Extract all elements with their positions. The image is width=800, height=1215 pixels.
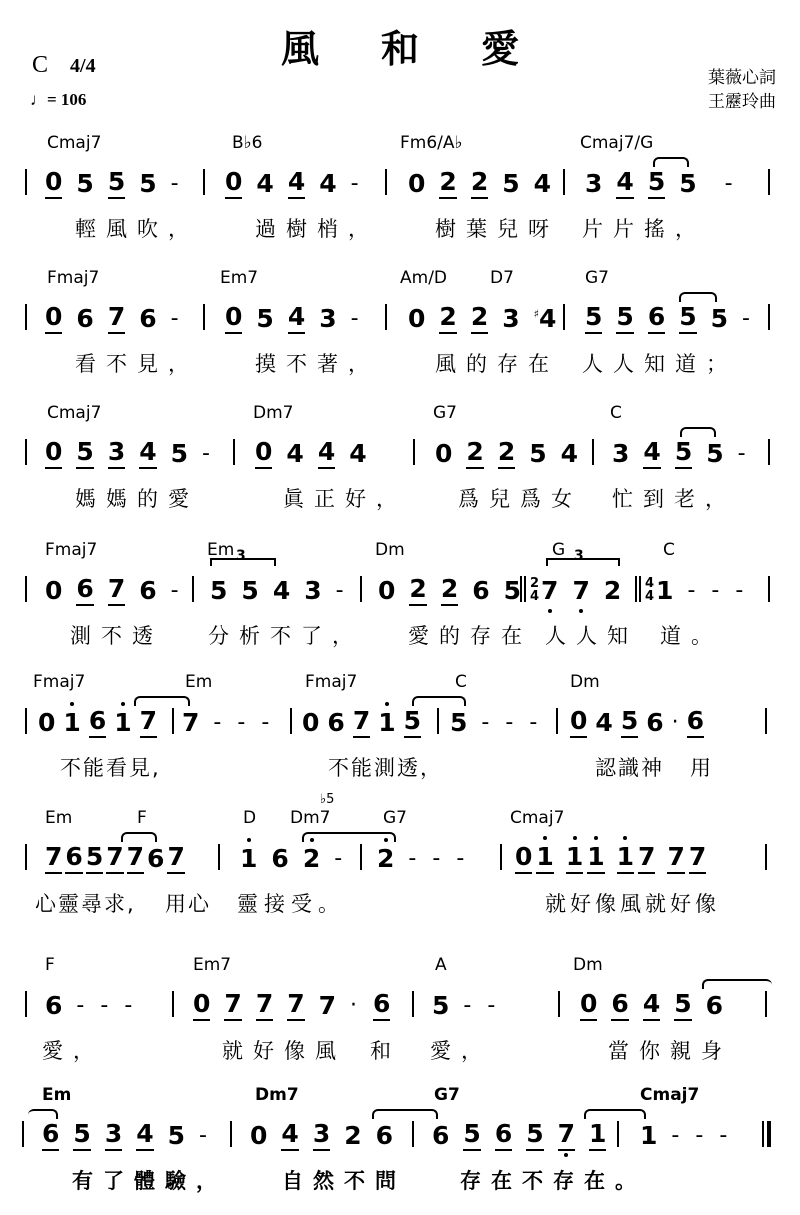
measure: 5---: [450, 700, 553, 744]
note: 2: [303, 844, 320, 873]
note: 2: [604, 576, 621, 605]
double-barline: [635, 576, 637, 602]
barline: [25, 304, 27, 330]
lyric-phrase: 忙到老，: [612, 483, 736, 513]
barline: [25, 439, 27, 465]
barline: [563, 304, 565, 330]
note: 0: [193, 989, 210, 1021]
hold-dash: -: [261, 710, 269, 735]
note: 7: [224, 989, 241, 1021]
lyric-phrase: 認識神: [595, 752, 664, 782]
measure: 0555-: [45, 161, 195, 205]
note: 5: [86, 842, 103, 874]
note: 1: [640, 1121, 657, 1150]
note: 4: [534, 169, 551, 198]
chord-symbol: G7: [383, 808, 407, 828]
notation-row: 05345- 0444 02254 3455-: [0, 431, 800, 475]
measure: 0543-: [225, 296, 375, 340]
hold-dash: -: [463, 993, 471, 1018]
note: 5: [504, 576, 521, 605]
note: 5: [171, 439, 188, 468]
note: 5: [585, 302, 602, 334]
note: 6: [472, 576, 489, 605]
time-change-2-4: 24: [530, 577, 539, 603]
chord-symbol: Cmaj7: [47, 133, 101, 153]
notation-row: 0676- 0543- 0223♯4 55655-: [0, 296, 800, 340]
note: 5: [463, 1119, 480, 1151]
barline: [25, 708, 27, 734]
barline: [768, 576, 770, 602]
note: 4: [643, 437, 660, 469]
chord-symbol: Cmaj7: [510, 808, 564, 828]
note: 1: [656, 576, 673, 605]
staff-system-3: Cmaj7 Dm7 G7 C 05345- 0444 02254 3455- 媽…: [0, 403, 800, 533]
barline: [172, 708, 174, 734]
note: 6: [706, 991, 723, 1020]
note: 6: [373, 989, 390, 1021]
hold-dash: -: [171, 306, 179, 331]
lyric-phrase: 有了體驗，: [72, 1165, 227, 1195]
note: 6: [45, 991, 62, 1020]
note: 5: [404, 706, 421, 738]
note: 3: [502, 304, 519, 333]
note: 0: [408, 169, 425, 198]
chord-symbol: Em: [42, 1085, 71, 1105]
measure: 3455-: [612, 431, 762, 475]
note: 1: [617, 842, 634, 874]
note: 7: [182, 708, 199, 737]
chord-row: Em F D Dm7 ♭5 G7 Cmaj7: [0, 808, 800, 834]
note: 7: [689, 842, 706, 874]
note: 5: [674, 989, 691, 1021]
note: 7: [287, 989, 304, 1021]
note: 5: [108, 167, 125, 199]
note: 2: [466, 437, 483, 469]
song-title: 風和愛: [0, 18, 800, 73]
chord-symbol: G: [552, 540, 565, 560]
chord-symbol: A: [435, 955, 447, 975]
note: 4: [281, 1119, 298, 1151]
hold-dash: -: [432, 846, 440, 871]
hold-dash: -: [742, 306, 750, 331]
note: 4: [318, 437, 335, 469]
staff-system-8: Em Dm7 G7 Cmaj7 65345- 04326 656571 1---…: [0, 1085, 800, 1215]
barline: [765, 708, 767, 734]
lyric-phrase: 風的存在: [435, 348, 559, 378]
note: 5: [526, 1119, 543, 1151]
lyric-phrase: 自然不問: [282, 1165, 406, 1195]
note: 4: [561, 439, 578, 468]
barline: [768, 439, 770, 465]
staff-system-1: Cmaj7 B♭6 Fm6/A♭ Cmaj7/G 0555- 0444- 022…: [0, 133, 800, 263]
chord-symbol: C: [663, 540, 675, 560]
note: 0: [255, 437, 272, 469]
tempo-marking: ♩= 106: [30, 90, 86, 110]
lyric-phrase: 心靈尋求,: [35, 888, 136, 918]
measure: 06715: [302, 700, 435, 744]
measure: 65345-: [42, 1113, 223, 1157]
chord-symbol: Dm: [573, 955, 603, 975]
barline: [765, 844, 767, 870]
chord-symbol: F: [137, 808, 147, 828]
lyric-row: 有了體驗， 自然不問 存在不存在。: [0, 1165, 800, 1199]
staff-system-5: Fmaj7 Em Fmaj7 C Dm 01617 7--- 06715 5--…: [0, 672, 800, 802]
note: 5: [616, 302, 633, 334]
chord-symbol: Em: [185, 672, 212, 692]
note: 2: [344, 1121, 361, 1150]
note: 3: [313, 1119, 330, 1151]
note: 7: [667, 842, 684, 874]
hold-dash: -: [456, 846, 464, 871]
note: 5: [621, 706, 638, 738]
note: 0: [45, 302, 62, 334]
note: 3: [304, 576, 321, 605]
measure: 0223♯4: [408, 296, 570, 340]
notation-row: 0676- 5543- 3 02265 24772 3 441---: [0, 568, 800, 612]
lyric-phrase: 靈接受。: [237, 888, 345, 918]
notation-row: 0555- 0444- 02254 3455-: [0, 161, 800, 205]
chord-symbol: Cmaj7: [640, 1085, 699, 1105]
notation-row: 65345- 04326 656571 1---: [0, 1113, 800, 1157]
note: 2: [439, 167, 456, 199]
chord-symbol: Fm6/A♭: [400, 133, 463, 153]
note: 7: [140, 706, 157, 738]
lyric-phrase: 媽媽的愛: [75, 483, 199, 513]
barline: [385, 169, 387, 195]
lyric-row: 看不見， 摸不著， 風的存在 人人知道；: [0, 348, 800, 382]
note: 7: [167, 842, 184, 874]
note: 5: [502, 169, 519, 198]
hold-dash: -: [171, 171, 179, 196]
tie-mark: [584, 1109, 646, 1119]
lyric-phrase: 人人知道；: [582, 348, 737, 378]
lyric-phrase: 看不見，: [75, 348, 199, 378]
note: 5: [76, 437, 93, 469]
measure: 0456·6: [570, 700, 718, 744]
note: 6: [648, 302, 665, 334]
chord-symbol: D: [243, 808, 256, 828]
note: 1: [536, 842, 553, 874]
barline: [203, 169, 205, 195]
barline: [290, 708, 292, 734]
note: 7: [256, 989, 273, 1021]
note: 2: [409, 574, 426, 606]
triplet-label: 3: [574, 548, 584, 564]
chord-row: Cmaj7 B♭6 Fm6/A♭ Cmaj7/G: [0, 133, 800, 159]
note: 7: [106, 842, 123, 874]
hold-dash: -: [711, 578, 719, 603]
measure: 24772 3: [530, 568, 635, 612]
time-signature: 4/4: [70, 55, 96, 77]
chord-symbol: Dm: [375, 540, 405, 560]
hold-dash: -: [213, 710, 221, 735]
barline: [437, 708, 439, 734]
staff-system-7: F Em7 A Dm 6--- 07777·6 5-- 06456 愛， 就好像…: [0, 955, 800, 1085]
note: 4: [288, 302, 305, 334]
measure: 5543- 3: [210, 568, 360, 612]
hold-dash: -: [351, 171, 359, 196]
note: 2: [471, 167, 488, 199]
lyric-phrase: 和: [370, 1035, 401, 1065]
note: 2: [441, 574, 458, 606]
barline: [413, 439, 415, 465]
note: 7: [353, 706, 370, 738]
note: 3: [585, 169, 602, 198]
note: 6: [76, 574, 93, 606]
hold-dash: -: [529, 710, 537, 735]
measure: 2---: [377, 836, 480, 880]
note: 6: [139, 304, 156, 333]
chord-symbol: D7: [490, 268, 514, 288]
chord-symbol: Em7: [220, 268, 258, 288]
key-signature: C4/4: [32, 52, 96, 79]
barline: [768, 304, 770, 330]
hold-dash: -: [351, 306, 359, 331]
note: 3: [612, 439, 629, 468]
note: 4: [288, 167, 305, 199]
barline: [768, 169, 770, 195]
barline: [25, 844, 27, 870]
time-change-4-4: 44: [645, 577, 654, 603]
lyric-phrase: 人人知: [545, 620, 638, 650]
tie-mark: [702, 979, 772, 989]
chord-symbol: Em7: [193, 955, 231, 975]
hold-dash: -: [487, 993, 495, 1018]
chord-row: F Em7 A Dm: [0, 955, 800, 981]
note: 0: [435, 439, 452, 468]
note: 6: [495, 1119, 512, 1151]
barline: [412, 1121, 414, 1147]
barline: [765, 991, 767, 1017]
note: 2: [377, 844, 394, 873]
note: 5: [679, 169, 696, 198]
measure: 7---: [182, 700, 285, 744]
chord-symbol: C: [610, 403, 622, 423]
note: 0: [580, 989, 597, 1021]
lyric-phrase: 測不透: [70, 620, 163, 650]
note: 7: [638, 842, 655, 874]
note: 0: [408, 304, 425, 333]
lyric-row: 測不透 分析不了， 愛的存在 人人知 道。: [0, 620, 800, 654]
measure: 5--: [432, 983, 511, 1027]
chord-symbol: G7: [585, 268, 609, 288]
measure: 02254: [408, 161, 565, 205]
note: 6: [65, 842, 82, 874]
barline: [563, 169, 565, 195]
note: 7: [319, 991, 336, 1020]
chord-symbol: Am/D: [400, 268, 447, 288]
hold-dash: -: [124, 993, 132, 1018]
note: 5: [210, 576, 227, 605]
note: 7: [108, 574, 125, 606]
barline: [412, 991, 414, 1017]
chord-symbol: Fmaj7: [305, 672, 357, 692]
chord-symbol: Cmaj7: [47, 403, 101, 423]
note: 4: [286, 439, 303, 468]
note: 6: [42, 1119, 59, 1151]
lyric-phrase: 分析不了，: [208, 620, 363, 650]
note: 0: [225, 167, 242, 199]
note: 0: [302, 708, 319, 737]
note: 4: [139, 437, 156, 469]
tie-mark: [653, 157, 689, 167]
note: 7: [108, 302, 125, 334]
tie-mark: [680, 427, 716, 437]
chord-symbol: F: [45, 955, 55, 975]
lyric-phrase: 過樹梢，: [255, 213, 379, 243]
measure: 0676-: [45, 568, 195, 612]
note: 2: [498, 437, 515, 469]
hold-dash: -: [100, 993, 108, 1018]
lyric-phrase: 眞正好，: [283, 483, 407, 513]
note: 7: [45, 842, 62, 874]
note: 0: [38, 708, 55, 737]
hold-dash: -: [171, 578, 179, 603]
chord-row: Cmaj7 Dm7 G7 C: [0, 403, 800, 429]
chord-symbol: Em: [45, 808, 72, 828]
note: 0: [45, 437, 62, 469]
note: 7: [541, 576, 558, 605]
note: 5: [450, 708, 467, 737]
lyric-row: 不能看見, 不能測透， 認識神 用: [0, 752, 800, 786]
note: 0: [378, 576, 395, 605]
measure: 04326: [250, 1113, 407, 1157]
note: 5: [679, 302, 696, 334]
barline: [230, 1121, 232, 1147]
final-barline: [762, 1121, 764, 1147]
note: 6: [611, 989, 628, 1021]
chord-symbol: Fmaj7: [33, 672, 85, 692]
barline: [25, 169, 27, 195]
tie-mark: [679, 292, 717, 302]
chord-symbol: Em: [207, 540, 234, 560]
note: 0: [225, 302, 242, 334]
measure: 3455-: [585, 161, 749, 205]
note: 3: [108, 437, 125, 469]
chord-symbol: Cmaj7/G: [580, 133, 653, 153]
dotted-rhythm: ·: [672, 710, 679, 735]
lyric-phrase: 摸不著，: [255, 348, 379, 378]
note: 5: [711, 304, 728, 333]
measure: 05345-: [45, 431, 226, 475]
note: 1: [587, 842, 604, 874]
lyric-row: 輕風吹， 過樹梢， 樹葉兒呀 片片搖，: [0, 213, 800, 247]
measure: 441---: [645, 568, 759, 612]
note: 6: [432, 1121, 449, 1150]
note: ♯4: [534, 304, 557, 333]
note: 5: [139, 169, 156, 198]
measure: 06456: [580, 983, 737, 1027]
note: 6: [139, 576, 156, 605]
note: 0: [515, 842, 532, 874]
hold-dash: -: [334, 846, 342, 871]
measure: 0444-: [225, 161, 375, 205]
note: 0: [45, 576, 62, 605]
note: 1: [63, 708, 80, 737]
barline: [203, 304, 205, 330]
barline: [385, 304, 387, 330]
lyricist-credit: 葉薇心詞: [708, 66, 776, 90]
measure: 07777·6: [193, 983, 404, 1027]
lyric-row: 心靈尋求, 用心 靈接受。 就好像風就好像: [0, 888, 800, 922]
lyric-phrase: 用心: [165, 888, 211, 918]
tie-mark: [121, 832, 157, 842]
note: 5: [256, 304, 273, 333]
measure: 7657767: [45, 836, 199, 880]
note: 6: [89, 706, 106, 738]
note: 3: [319, 304, 336, 333]
note: 5: [706, 439, 723, 468]
note: 5: [73, 1119, 90, 1151]
note: 1: [240, 844, 257, 873]
chord-symbol: B♭6: [232, 133, 263, 153]
note: 6: [646, 708, 663, 737]
lyric-phrase: 輕風吹，: [75, 213, 199, 243]
measure: 1---: [640, 1113, 743, 1157]
lyric-row: 媽媽的愛 眞正好， 爲兒爲女 忙到老，: [0, 483, 800, 517]
measure: 01111777: [515, 836, 720, 880]
hold-dash: -: [687, 578, 695, 603]
barline: [556, 708, 558, 734]
key-label: C: [32, 52, 48, 78]
note: 1: [378, 708, 395, 737]
hold-dash: -: [505, 710, 513, 735]
triplet-label: 3: [236, 548, 246, 564]
hold-dash: -: [199, 1123, 207, 1148]
measure: 656571: [432, 1113, 620, 1157]
note: 4: [643, 989, 660, 1021]
barline: [360, 844, 362, 870]
lyric-phrase: 樹葉兒呀: [435, 213, 559, 243]
lyric-phrase: 片片搖，: [582, 213, 706, 243]
lyric-phrase: 愛，: [42, 1035, 104, 1065]
hold-dash: -: [237, 710, 245, 735]
note: 6: [327, 708, 344, 737]
hold-dash: -: [735, 578, 743, 603]
barline: [558, 991, 560, 1017]
lyric-phrase: 存在不存在。: [460, 1165, 646, 1195]
hold-dash: -: [76, 993, 84, 1018]
lyric-phrase: 就好像風: [222, 1035, 346, 1065]
credits: 葉薇心詞 王靂玲曲: [708, 66, 776, 114]
measure: 55655-: [585, 296, 766, 340]
note: 5: [76, 169, 93, 198]
notation-row: 6--- 07777·6 5-- 06456: [0, 983, 800, 1027]
note: 5: [529, 439, 546, 468]
dotted-rhythm: ·: [350, 993, 357, 1018]
note: 4: [616, 167, 633, 199]
note: 0: [570, 706, 587, 738]
hold-dash: -: [725, 171, 733, 196]
measure: 02265: [378, 568, 535, 612]
barline: [22, 1121, 24, 1147]
measure: 01617: [38, 700, 171, 744]
barline: [233, 439, 235, 465]
note: 6: [271, 844, 288, 873]
note: 1: [114, 708, 131, 737]
measure: 0676-: [45, 296, 195, 340]
chord-symbol: Dm7: [290, 808, 330, 828]
lyric-phrase: 就好像風就好像: [545, 888, 720, 918]
barline: [500, 844, 502, 870]
chord-symbol: Dm7: [253, 403, 293, 423]
note: 2: [439, 302, 456, 334]
note: 6: [687, 706, 704, 738]
note: 0: [250, 1121, 267, 1150]
measure: 162-: [240, 836, 358, 880]
chord-symbol: Fmaj7: [45, 540, 97, 560]
lyric-phrase: 用: [690, 752, 721, 782]
